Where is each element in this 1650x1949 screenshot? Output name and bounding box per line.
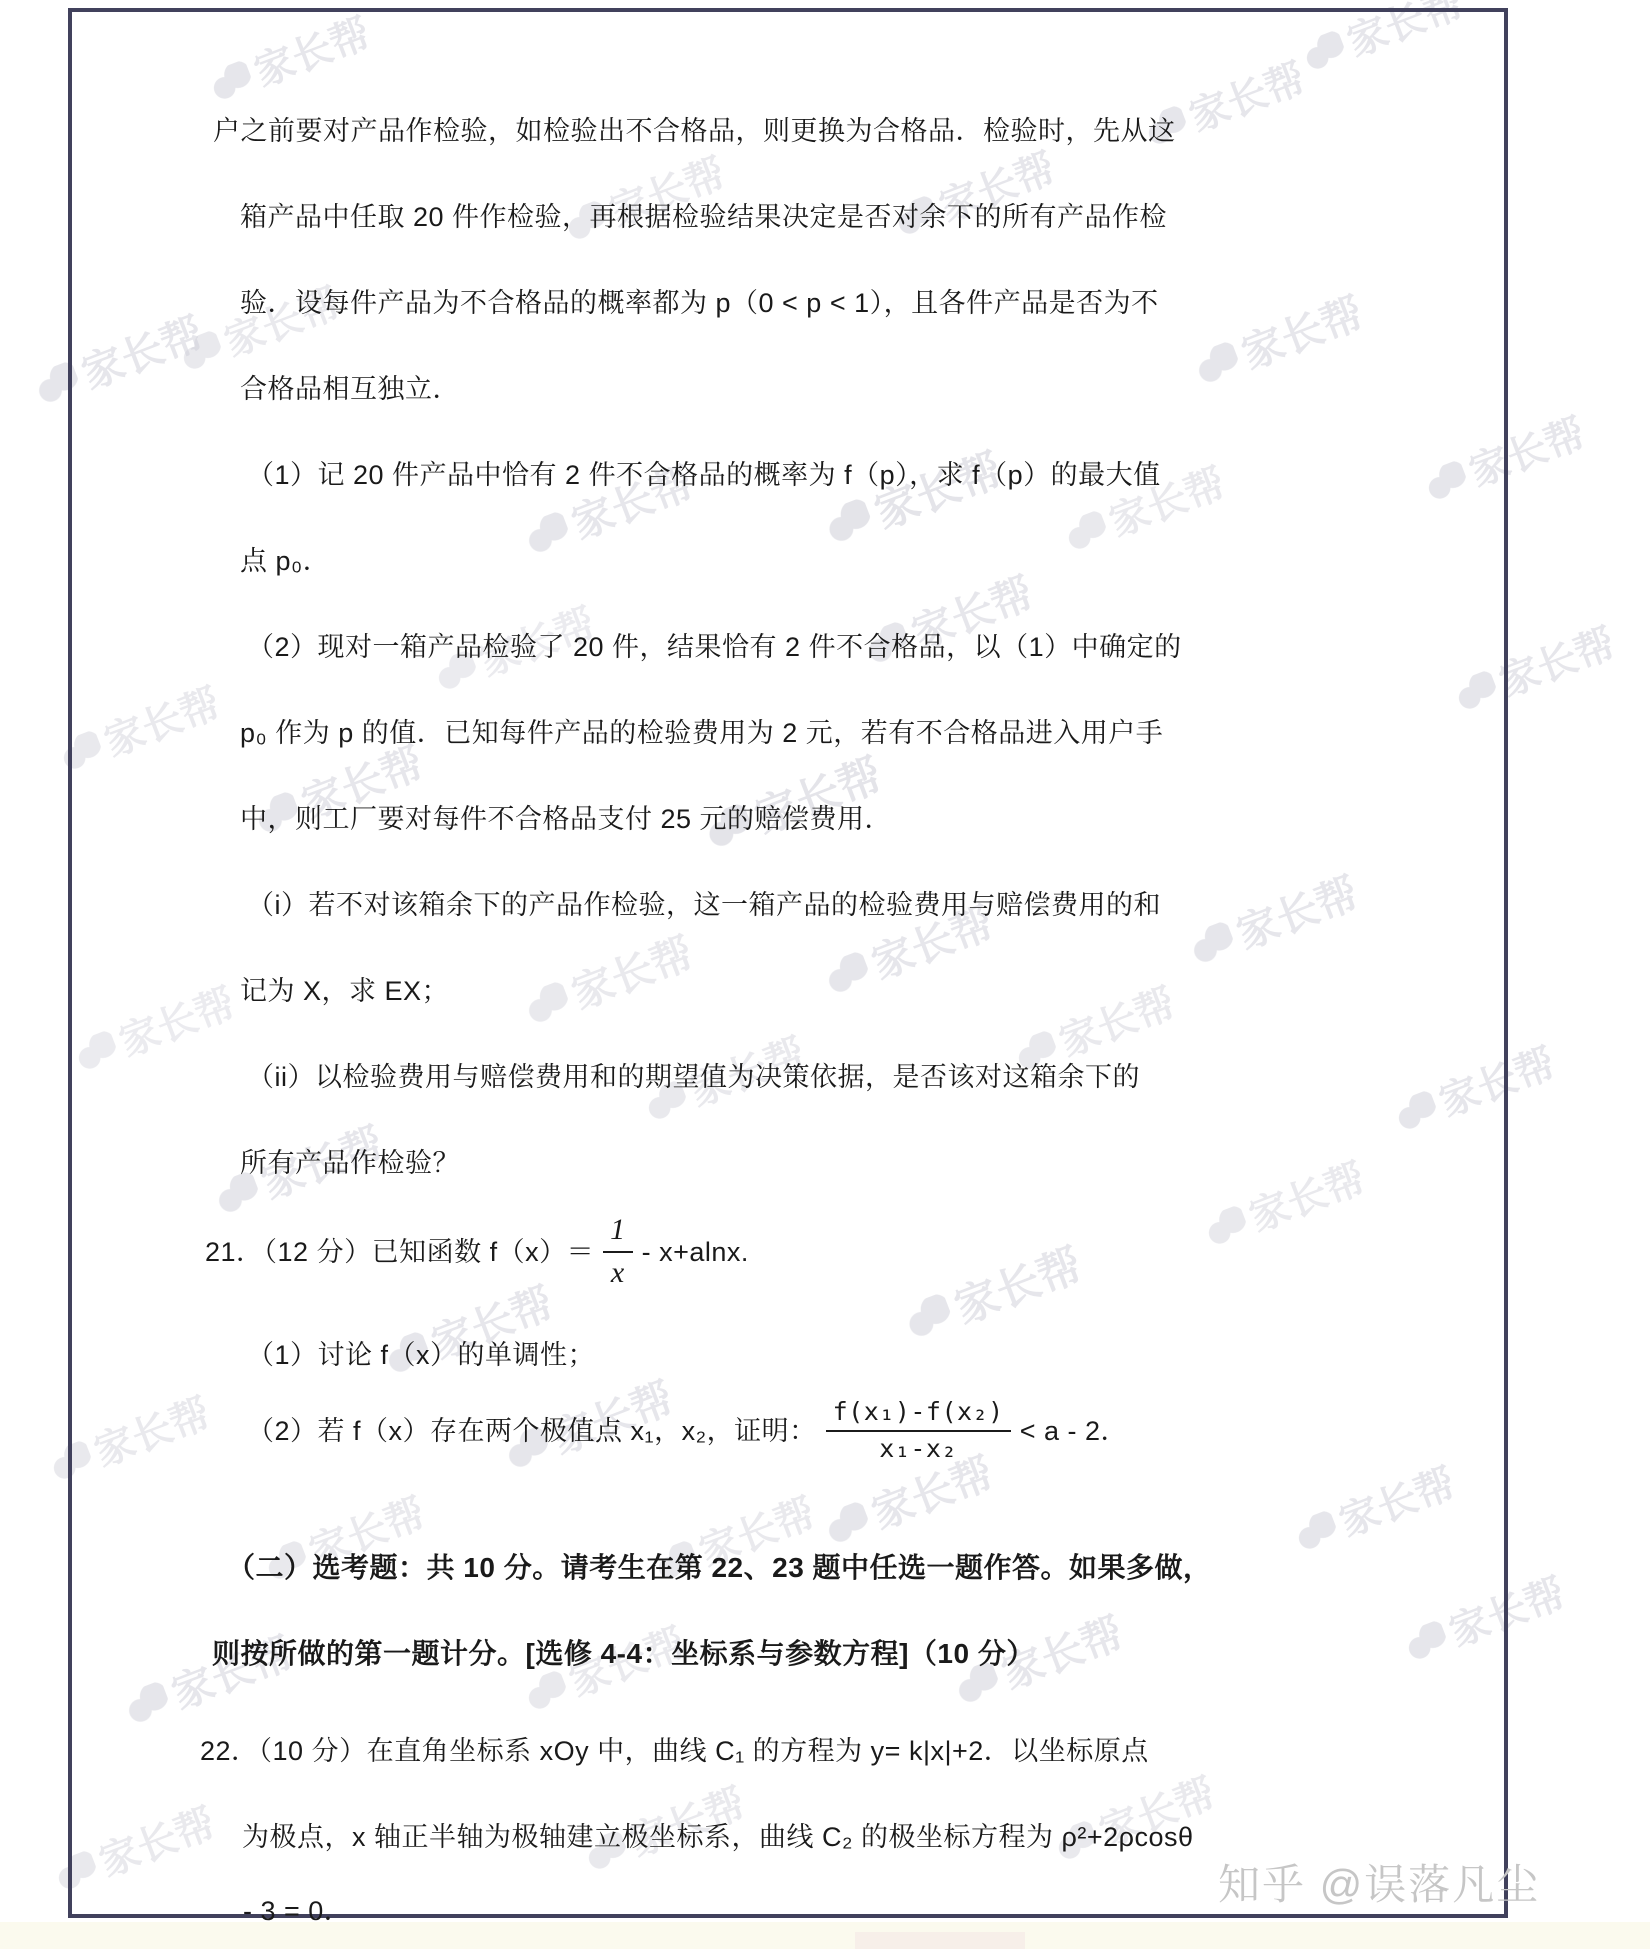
- q21-part2-prefix: （2）若 f（x）存在两个极值点 x₁，x₂，证明：: [247, 1413, 817, 1449]
- q21-part1-line: （1）讨论 f（x）的单调性；: [247, 1337, 595, 1373]
- section2-heading-line: （二）选考题：共 10 分。请考生在第 22、23 题中任选一题作答。如果多做，: [227, 1550, 1212, 1586]
- q21-part2-suffix: < a - 2．: [1020, 1413, 1128, 1449]
- q20-line: 合格品相互独立．: [240, 371, 460, 407]
- q20-line: 点 p₀．: [240, 543, 330, 579]
- q20-line: 验．设每件产品为不合格品的概率都为 p（0 < p < 1），且各件产品是否为不: [240, 285, 1159, 321]
- section2-heading-line: 则按所做的第一题计分。[选修 4-4：坐标系与参数方程]（10 分）: [212, 1636, 1035, 1672]
- q20-subpart-ii-line: （ii）以检验费用与赔偿费用和的期望值为决策依据，是否该对这箱余下的: [247, 1059, 1140, 1095]
- q20-line: p₀ 作为 p 的值．已知每件产品的检验费用为 2 元，若有不合格品进入用户手: [240, 715, 1163, 751]
- q21-part2-fraction: f(x₁)-f(x₂) x₁-x₂: [826, 1398, 1011, 1464]
- q21-head-prefix: 21．（12 分）已知函数 f（x）＝: [205, 1234, 594, 1270]
- q20-line: 户之前要对产品作检验，如检验出不合格品，则更换为合格品．检验时，先从这: [213, 113, 1176, 149]
- brand-watermark-text: 家长帮: [1490, 612, 1622, 708]
- q21-fraction-denominator: x: [611, 1253, 625, 1291]
- q21-fraction: 1 x: [603, 1213, 633, 1290]
- q20-part2-line: （2）现对一箱产品检验了 20 件，结果恰有 2 件不合格品，以（1）中确定的: [247, 629, 1182, 665]
- q21-part2-fraction-denominator: x₁-x₂: [879, 1432, 957, 1464]
- q20-line: 箱产品中任取 20 件作检验，再根据检验结果决定是否对余下的所有产品作检: [240, 199, 1167, 235]
- q20-line: 记为 X，求 EX；: [240, 973, 449, 1009]
- q22-line: 22．（10 分）在直角坐标系 xOy 中，曲线 C₁ 的方程为 y= k|x|…: [200, 1733, 1149, 1769]
- q20-part1-line: （1）记 20 件产品中恰有 2 件不合格品的概率为 f（p），求 f（p）的最…: [247, 457, 1161, 493]
- q22-line: - 3 = 0．: [243, 1893, 351, 1929]
- q21-heading: 21．（12 分）已知函数 f（x）＝ 1 x - x+alnx.: [205, 1213, 749, 1290]
- bottom-highlight-box: [855, 1932, 1025, 1949]
- q22-line: 为极点，x 轴正半轴为极轴建立极坐标系，曲线 C₂ 的极坐标方程为 ρ²+2ρc…: [242, 1819, 1194, 1855]
- q21-head-suffix: - x+alnx.: [642, 1234, 749, 1270]
- q20-subpart-i-line: （i）若不对该箱余下的产品作检验，这一箱产品的检验费用与赔偿费用的和: [247, 887, 1161, 923]
- q20-line: 中，则工厂要对每件不合格品支付 25 元的赔偿费用．: [240, 801, 892, 837]
- q20-line: 所有产品作检验？: [240, 1145, 460, 1181]
- q21-part2-line: （2）若 f（x）存在两个极值点 x₁，x₂，证明： f(x₁)-f(x₂) x…: [247, 1398, 1128, 1464]
- zhihu-watermark: 知乎 @误落凡尘: [1218, 1852, 1540, 1912]
- q21-part2-fraction-numerator: f(x₁)-f(x₂): [826, 1398, 1011, 1432]
- q21-fraction-numerator: 1: [603, 1213, 633, 1253]
